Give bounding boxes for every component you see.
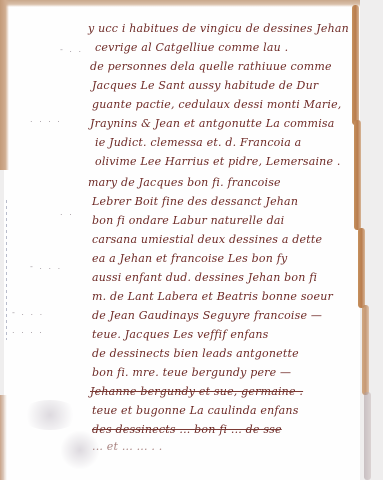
text-line: teue. Jacques Les veffif enfans	[92, 328, 269, 341]
text-line: des dessinects ... bon fi ... de sse	[92, 423, 282, 436]
manuscript-text: y ucc i habitues de vingicu de dessines …	[0, 0, 383, 480]
text-line: cevrige al Catgelliue comme lau .	[95, 41, 288, 54]
text-line: bon fi ondare Labur naturelle dai	[92, 214, 284, 227]
text-line: ... et ... ... . .	[92, 440, 162, 453]
margin-mark: - . .	[60, 45, 83, 54]
text-line: bon fi. mre. teue bergundy pere —	[92, 366, 291, 379]
text-line: olivime Lee Harrius et pidre, Lemersaine…	[95, 155, 341, 168]
text-line: Jacques Le Sant aussy habitude de Dur	[92, 79, 318, 92]
text-line: Jraynins & Jean et antgonutte La commisa	[90, 117, 335, 130]
text-line: mary de Jacques bon fi. francoise	[88, 176, 281, 189]
text-line: m. de Lant Labera et Beatris bonne soeur	[92, 290, 333, 303]
margin-mark: - . . .	[12, 308, 44, 317]
text-line: aussi enfant dud. dessines Jehan bon fi	[92, 271, 317, 284]
margin-mark: . . . .	[30, 115, 62, 124]
text-line: Jehanne bergundy et sue, germaine .	[90, 385, 303, 398]
text-line: Lebrer Boit fine des dessanct Jehan	[92, 195, 298, 208]
margin-mark: . . . .	[12, 326, 44, 335]
margin-mark: - . . .	[30, 262, 62, 271]
margin-mark: . .	[60, 208, 74, 217]
text-line: de personnes dela quelle rathiuue comme	[90, 60, 332, 73]
text-line: guante pactie, cedulaux dessi monti Mari…	[92, 98, 342, 111]
text-line: y ucc i habitues de vingicu de dessines …	[88, 22, 349, 35]
text-line: ea a Jehan et francoise Les bon fy	[92, 252, 287, 265]
text-line: de dessinects bien leads antgonette	[92, 347, 299, 360]
text-line: carsana umiestial deux dessines a dette	[92, 233, 322, 246]
text-line: ie Judict. clemessa et. d. Francoia a	[95, 136, 301, 149]
text-line: de Jean Gaudinays Seguyre francoise —	[92, 309, 322, 322]
text-line: teue et bugonne La caulinda enfans	[92, 404, 299, 417]
